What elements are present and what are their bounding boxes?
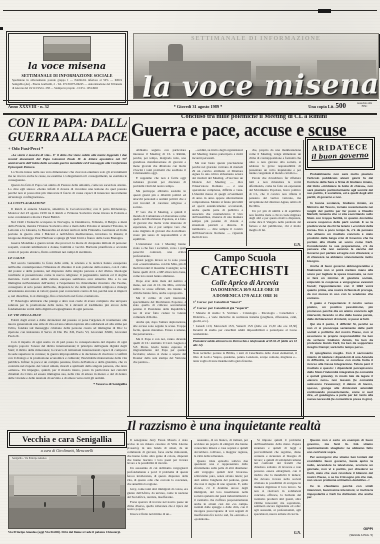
paragraph: Il senegalese Jerry Essan Masslo è stato… — [127, 439, 188, 466]
campo-note-tecniche: Note tecniche: portare la Bibbia, i test… — [193, 350, 297, 364]
scan-artifact — [318, 9, 331, 13]
senigallia-photo: Senigallia - Via Principe Amedeo — [8, 455, 126, 529]
razzismo-column-2: assassino, di un bianco, di italiani, pe… — [194, 439, 248, 539]
paragraph: Per accorgersi che stiamo ben lontani da… — [307, 456, 373, 483]
column-rule — [129, 117, 130, 417]
section-subhead: LE CAUSE — [8, 256, 127, 260]
paragraph: Ma non basta questa precisazione perché … — [192, 162, 243, 240]
paragraph: Si impone quindi il problema dell'inseri… — [254, 439, 301, 517]
campo-course-1: 1° Corso: per Catechisti “nuovi” — [193, 300, 297, 304]
paragraph: In buona sostanza, Giuliano Amato, ex Mi… — [307, 202, 373, 264]
paragraph: L'attenzione: con i Meeting hanno avuto … — [133, 243, 186, 259]
paragraph: Ce lo chiediamo perché con simili intenz… — [307, 485, 373, 501]
photo-figure — [102, 501, 105, 508]
paragraph: Probabilmente non sarà molto piaciuto l'… — [307, 173, 373, 200]
campo-date-2: A DOMENICA 17/9 ALLE ORE 16 — [193, 293, 297, 299]
paragraph: Il Reich si annette l'Austria, smembra l… — [8, 207, 127, 219]
article-byline: + Odo Fusi-Pecci * — [8, 146, 127, 151]
feature-title-box: Vecchia e cara Senigallia — [9, 432, 125, 446]
paragraph: Con il rispetto di ogni uomo va di pari … — [8, 340, 127, 381]
paragraph: Ma il Papa è con noi, vanno dicendo quel… — [133, 338, 186, 365]
aridatece-column-bottom: Questo non è certo un esempio di buon go… — [307, 439, 373, 526]
price-label: Una copia Lit. — [308, 104, 334, 109]
issue-date: * Giovedì 31 agosto 1989 * — [118, 104, 278, 109]
kicker: Concluso tra mille polemiche il Meeting … — [133, 113, 375, 120]
paragraph: Edotti dagli errori e dalle deviazioni d… — [8, 318, 127, 338]
rule — [127, 416, 375, 417]
paragraph: E' vero che il Meeting, e quindi il mond… — [133, 211, 186, 242]
photo-label: Senigallia - Via Principe Amedeo — [10, 457, 49, 460]
meeting-column-2: ...soldini, su invito degli organizzator… — [192, 149, 243, 245]
column-rule — [246, 150, 247, 246]
meeting-column-1: Abbiamo seguito con particolare interess… — [133, 149, 186, 417]
paragraph: Un po' più di umiltà e di equilibrio non… — [249, 210, 301, 233]
issue-number: Anno XXXVIII - n. 32 — [8, 104, 49, 109]
paragraph: Il guaio è l'esperienza: il nostro senso… — [307, 302, 373, 321]
paragraph: Dopo aver detto male del nemico a mano, … — [133, 280, 186, 296]
fisc-line2: FISC — [362, 105, 368, 108]
column-rule — [251, 440, 252, 538]
photo-lamppost — [93, 478, 94, 512]
photo-building — [81, 480, 120, 496]
paragraph: Un assassinio di cui dobbiamo vergognarc… — [127, 467, 188, 487]
campo-scuola-box: Campo Scuola CATECHISTI Colle Aprico di … — [188, 250, 302, 417]
razzismo-column-1: Il senegalese Jerry Essan Masslo è stato… — [127, 439, 188, 539]
paragraph: Forse sperava di trovare nel nostro paes… — [127, 501, 188, 513]
article-signature: * Vescovo di Senigallia — [8, 382, 127, 386]
paragraph: Parole che dovrebbero far riflettere tut… — [249, 177, 301, 208]
paragraph: Quasi peggio invece se la sono presa cos… — [133, 259, 186, 279]
paragraph: Anche qui, dopo l'amara deplorazione, al… — [133, 321, 186, 337]
masthead-box-title: la voce misena — [12, 62, 122, 72]
feature-vecchia-senigallia: Vecchia e cara Senigallia a cura di Giro… — [8, 431, 126, 534]
paragraph: La Storia intesa nella sua vera dimensio… — [8, 170, 127, 182]
paragraph: Guerra Mondiale e guerra totale che prov… — [8, 241, 127, 253]
razzismo-headline: Il razzismo è una inquietante realtà — [127, 418, 370, 434]
column-rule — [303, 439, 304, 538]
masthead-thumbnail-photo — [43, 36, 91, 61]
fisc-affiliation: Associato allaFISC — [357, 102, 372, 108]
feature-subtitle: a cura di Girolimetti, Mencarelli — [8, 448, 126, 453]
article-papa-pace: CON IL PAPA: DALLA GUERRA ALLA PACE + Od… — [8, 116, 127, 428]
paragraph: Questo triste episodio solleva due quest… — [194, 460, 248, 523]
aridatece-box: ARIDATECE il buon governo — [307, 139, 373, 168]
campo-materie: • Materie di studio: S. Scrittura - Cris… — [193, 312, 297, 324]
paragraph: «La storia è maestra di vita». E' il det… — [8, 153, 127, 169]
masthead-info-box: la voce misena SETTIMANALE DI INFORMAZIO… — [8, 33, 126, 103]
paragraph: Qui sta il punto, il difficile! Sì, perc… — [307, 323, 373, 350]
column-rule — [189, 150, 190, 246]
razzismo-signature: G.N. — [254, 531, 301, 535]
column-rule — [191, 440, 192, 538]
aridatece-continued: (SEGUE A PAG. 5) — [307, 533, 373, 537]
campo-title-2: CATECHISTI — [193, 264, 297, 278]
masthead-photo: SETTIMANALE DI INFORMAZIONE la voce mise… — [133, 33, 379, 99]
paragraph: Questo ha fatto il Papa con animo di Pas… — [8, 183, 127, 199]
section-subhead: LE VIE DELLA PACE — [8, 313, 127, 317]
aridatece-signature: GIPPI — [307, 527, 373, 531]
paragraph: Invece è finito nel mirino di un... — [127, 513, 188, 517]
photo-figure — [44, 502, 46, 507]
meeting-column-3: che, proprio da una manifestazione come … — [249, 149, 301, 245]
razzismo-column-3: Si impone quindi il problema dell'inseri… — [254, 439, 301, 529]
aridatece-subtitle: il buon governo — [308, 151, 372, 161]
paragraph: Ma purtroppo abbiamo assistito in questi… — [133, 190, 186, 210]
meeting-signature: G.N. — [249, 243, 301, 247]
paragraph: E sappiamo che non è facile oggi radunar… — [133, 177, 186, 189]
feature-title: Vecchia e cara Senigallia — [10, 434, 124, 444]
newspaper-front-page: la voce misena SETTIMANALE DI INFORMAZIO… — [0, 0, 380, 544]
campo-course-2: 2° Corso: per Catechisti già “esperti” — [193, 306, 297, 310]
paragraph: Nel 1940 i Tedeschi occupano la Norvegia… — [8, 220, 127, 240]
aridatece-column-top: Probabilmente non sarà molto piaciuto l'… — [307, 173, 373, 416]
issue-price: Una copia Lit. 500 — [308, 102, 346, 110]
paragraph: Nel secolo ventesimo la forza delle armi… — [8, 261, 127, 298]
rule — [3, 100, 377, 101]
paragraph: Ci spieghiamo meglio. Con il sacrosanto … — [307, 352, 373, 403]
masthead-logo: la voce misena. — [142, 67, 379, 99]
price-value: 500 — [336, 102, 347, 110]
paragraph: Jerry, come tanti altri immigrati di col… — [127, 488, 188, 500]
paragraph: che, proprio da una manifestazione come … — [249, 149, 301, 176]
paragraph: Abbiamo seguito con particolare interess… — [133, 149, 186, 176]
column-rule — [303, 140, 304, 417]
photo-caption: Via Principe Amedeo (oggi Via Perilli). … — [8, 530, 126, 534]
masthead-fine-print: Spedizione in abbonamento postale gruppo… — [12, 79, 122, 90]
paragraph: assassino, di un bianco, di italiani, pe… — [194, 439, 248, 459]
paragraph: Ma il colmo di certi interventi, special… — [133, 297, 186, 320]
campo-prenotarsi: Prenotarsi subito attraverso la Parrocch… — [193, 338, 297, 348]
paragraph: ...soldini, su invito degli organizzator… — [192, 149, 243, 161]
article-headline-line1: CON IL PAPA: DALLA — [8, 116, 123, 130]
article-headline-line2: GUERRA ALLA PACE — [8, 130, 123, 144]
photo-palazzo — [14, 476, 78, 496]
paragraph: E' l'ideologia arbitraria che piange e a… — [8, 299, 127, 311]
section-subhead: LA CONFLAGRAZIONE — [8, 201, 127, 205]
scan-artifact — [0, 27, 3, 30]
issue-line: Anno XXXVIII - n. 32 * Giovedì 31 agosto… — [8, 102, 372, 112]
paragraph: Questo non è certo un esempio di buon go… — [307, 439, 373, 455]
ghost-bleed-text: SETTIMANALE DI INFORMAZIONE — [183, 36, 329, 42]
campo-location: Colle Aprico di Arcevia — [193, 279, 297, 287]
campo-incontri: • Lunedì 11/9, Mercoledì 13/9, Venerdì 1… — [193, 325, 297, 337]
paragraph: Anche di buon governo abbisognerebbe e f… — [307, 265, 373, 300]
